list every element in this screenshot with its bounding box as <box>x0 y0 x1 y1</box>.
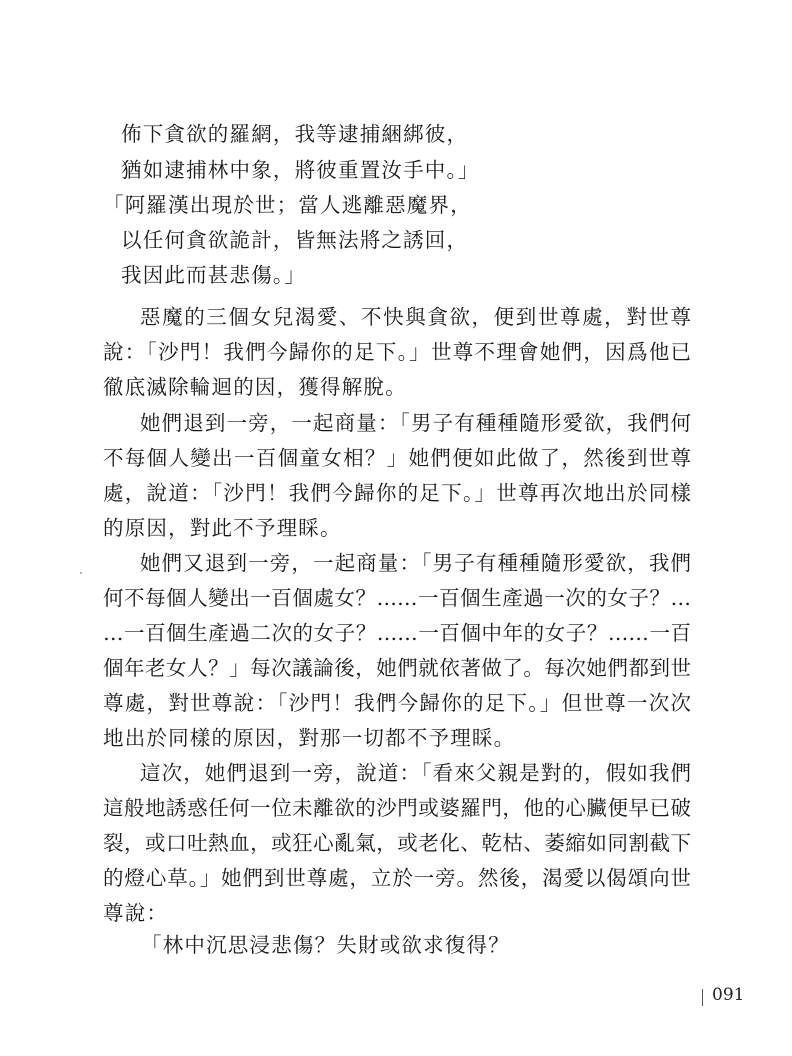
verse-line: 以任何貪欲詭計，皆無法將之誘回， <box>121 228 468 252</box>
text-line: 何不每個人變出一百個處女？……一百個生產過一次的女子？… <box>103 586 691 610</box>
text-line: 不每個人變出一百個童女相？」她們便如此做了，然後到世尊 <box>103 446 691 470</box>
text-line: 的燈心草。」她們到世尊處，立於一旁。然後，渴愛以偈頌向世 <box>103 866 691 890</box>
text-line: 徹底滅除輪迴的因，獲得解脫。 <box>103 375 407 399</box>
text-line: 的原因，對此不予理睬。 <box>103 516 342 540</box>
text-line: 裂，或口吐熱血，或狂心亂氣，或老化、乾枯、萎縮如同割截下 <box>103 831 691 855</box>
folio-divider <box>702 989 703 1006</box>
text-line: 這次，她們退到一旁，說道：「看來父親是對的，假如我們 <box>140 761 691 785</box>
text-line: 處，說道：「沙門！我們今歸你的足下。」世尊再次地出於同樣 <box>103 481 691 505</box>
text-line: 惡魔的三個女兒渴愛、不快與貪欲，便到世尊處，對世尊 <box>140 305 691 329</box>
text-line: …一百個生產過二次的女子？……一百個中年的女子？……一百 <box>103 621 691 645</box>
verse-line: 「阿羅漢出現於世；當人逃離惡魔界， <box>103 193 472 217</box>
text-line: 尊說： <box>103 901 168 925</box>
text-line: 個年老女人？」每次議論後，她們就依著做了。每次她們都到世 <box>103 656 691 680</box>
text-line: 她們退到一旁，一起商量：「男子有種種隨形愛欲，我們何 <box>140 411 691 435</box>
text-line: 地出於同樣的原因，對那一切都不予理睬。 <box>103 726 515 750</box>
scan-speck <box>80 572 82 574</box>
verse-line: 猶如逮捕林中象，將彼重置汝手中。」 <box>121 158 480 182</box>
verse-line: 佈下貪欲的羅網，我等逮捕綑綁彼， <box>121 122 468 146</box>
text-line: 這般地誘惑任何一位未離欲的沙門或婆羅門，他的心臟便早已破 <box>103 796 691 820</box>
text-line: 她們又退到一旁，一起商量：「男子有種種隨形愛欲，我們 <box>140 551 691 575</box>
verse-line: 「林中沉思浸悲傷？失財或欲求復得？ <box>141 933 510 957</box>
verse-line: 我因此而甚悲傷。」 <box>121 263 306 287</box>
text-line: 尊處，對世尊說：「沙門！我們今歸你的足下。」但世尊一次次 <box>103 691 691 715</box>
book-page: 佈下貪欲的羅網，我等逮捕綑綁彼， 猶如逮捕林中象，將彼重置汝手中。」 「阿羅漢出… <box>0 0 792 1056</box>
page-number: 091 <box>712 985 744 1005</box>
text-line: 說：「沙門！我們今歸你的足下。」世尊不理會她們，因爲他已 <box>103 340 691 364</box>
